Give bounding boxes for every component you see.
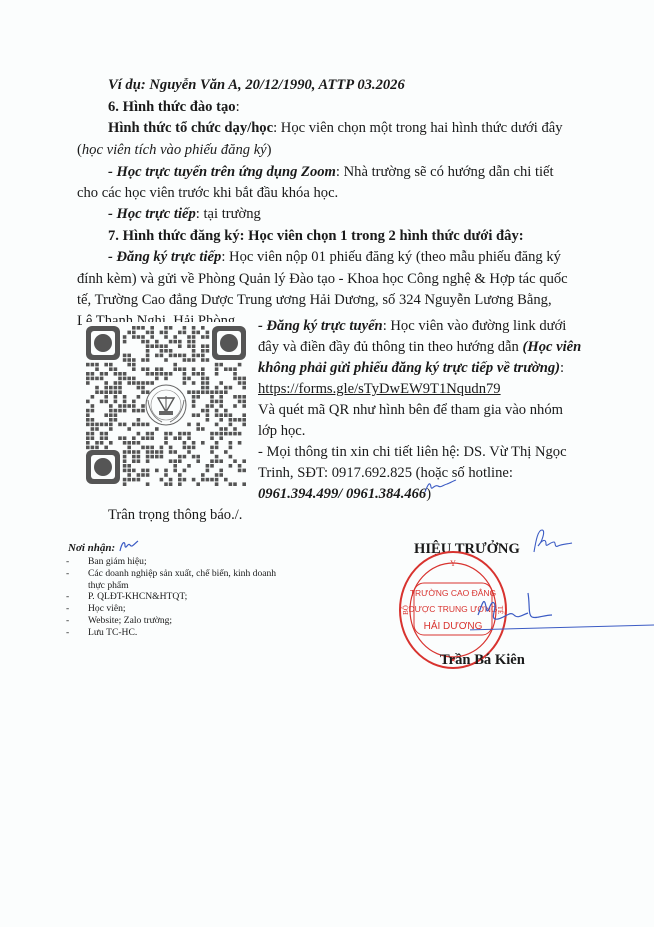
- online-registration-line: - Đăng ký trực tuyến: Học viên vào đường…: [258, 316, 566, 336]
- online-registration-text-2-plain: đây và điền đầy đủ thông tin theo hướng …: [258, 339, 522, 355]
- online-registration-text: : Học viên vào đường link dưới: [383, 318, 567, 334]
- recipient-text: P. QLĐT-KHCN&HTQT;: [88, 591, 187, 602]
- direct-registration-line: - Đăng ký trực tiếp: Học viên nộp 01 phi…: [108, 247, 561, 267]
- recipient-text: Ban giám hiệu;: [88, 556, 147, 567]
- bullet-dash: -: [66, 615, 69, 627]
- bullet-dash: -: [66, 627, 69, 639]
- recipient-item: -Website; Zalo trường;: [64, 615, 276, 627]
- bullet-dash: -: [66, 568, 69, 580]
- recipient-text: Lưu TC-HC.: [88, 627, 137, 638]
- online-registration-note-start: (Học viên: [522, 339, 581, 355]
- online-registration-colon: :: [560, 360, 564, 376]
- recipient-text: Các doanh nghiệp sản xuất, chế biến, kin…: [88, 568, 276, 579]
- section7-heading: 7. Hình thức đăng ký: Học viên chọn 1 tr…: [108, 226, 524, 246]
- recipient-item: -Học viên;: [64, 603, 276, 615]
- online-study-text-2: cho các học viên trước khi bắt đầu khóa …: [77, 183, 338, 203]
- direct-registration-text-3: tế, Trường Cao đẳng Dược Trung ương Hải …: [77, 290, 552, 310]
- signature-title-initials-icon: [528, 526, 574, 556]
- direct-registration-label: - Đăng ký trực tiếp: [108, 249, 221, 265]
- recipient-item: -Các doanh nghiệp sản xuất, chế biến, ki…: [64, 568, 276, 580]
- recipient-item: thực phẩm: [64, 580, 276, 592]
- paren-close: ): [267, 142, 272, 158]
- section6-heading-text: 6. Hình thức đào tạo: [108, 99, 236, 115]
- example-line: Ví dụ: Nguyễn Văn A, 20/12/1990, ATTP 03…: [108, 75, 405, 95]
- offline-study-text: : tại trường: [196, 206, 261, 222]
- online-study-text: : Nhà trường sẽ có hướng dẫn chi tiết: [336, 164, 554, 180]
- section6-heading-colon: :: [236, 99, 240, 115]
- bullet-dash: -: [66, 591, 69, 603]
- contact-line-3: 0961.394.499/ 0961.384.466): [258, 484, 431, 504]
- online-registration-label: - Đăng ký trực tuyến: [258, 318, 383, 334]
- org-form-label: Hình thức tổ chức dạy/học: [108, 120, 273, 136]
- recipient-item: -Ban giám hiệu;: [64, 556, 276, 568]
- offline-study-label: - Học trực tiếp: [108, 206, 196, 222]
- online-study-line: - Học trực tuyến trên ứng dụng Zoom: Nhà…: [108, 162, 554, 182]
- qr-finder-bottom-left: [86, 450, 120, 484]
- principal-signature-icon: [470, 585, 654, 635]
- qr-instruction-1: Và quét mã QR như hình bên để tham gia v…: [258, 400, 563, 420]
- principal-name: Trần Bá Kiên: [440, 650, 525, 670]
- online-registration-text-3: không phải gửi phiếu đăng ký trực tiếp v…: [258, 358, 564, 378]
- qr-instruction-2: lớp học.: [258, 421, 305, 441]
- direct-registration-text-2: đính kèm) và gửi về Phòng Quản lý Đào tạ…: [77, 269, 568, 289]
- bullet-dash: -: [66, 603, 69, 615]
- google-form-link[interactable]: https://forms.gle/sTyDwEW9T1Nqudn79: [258, 381, 501, 397]
- recipient-item: -Lưu TC-HC.: [64, 627, 276, 639]
- section6-heading: 6. Hình thức đào tạo:: [108, 97, 240, 117]
- org-form-line: Hình thức tổ chức dạy/học: Học viên chọn…: [108, 118, 563, 138]
- online-registration-text-2: đây và điền đầy đủ thông tin theo hướng …: [258, 337, 581, 357]
- qr-finder-top-left: [86, 326, 120, 360]
- recipient-text: Học viên;: [88, 603, 126, 614]
- document-page: Ví dụ: Nguyễn Văn A, 20/12/1990, ATTP 03…: [0, 0, 654, 927]
- contact-line-1: - Mọi thông tin xin chi tiết liên hệ: DS…: [258, 442, 567, 462]
- contact-line-2: Trinh, SĐT: 0917.692.825 (hoặc số hotlin…: [258, 463, 513, 483]
- initials-signature-icon: [422, 478, 458, 498]
- hotline-numbers: 0961.394.499/ 0961.384.466: [258, 486, 426, 502]
- qr-code[interactable]: [82, 322, 250, 488]
- closing-line: Trân trọng thông báo./.: [108, 505, 242, 525]
- recipient-text: thực phẩm: [88, 580, 129, 591]
- recipient-item: -P. QLĐT-KHCN&HTQT;: [64, 591, 276, 603]
- org-form-note-italic: học viên tích vào phiếu đăng ký: [82, 142, 267, 158]
- direct-registration-text: : Học viên nộp 01 phiếu đăng ký (theo mẫ…: [221, 249, 561, 265]
- recipients-title: Nơi nhận:: [68, 542, 115, 555]
- org-form-note: (học viên tích vào phiếu đăng ký): [77, 140, 272, 160]
- form-link[interactable]: https://forms.gle/sTyDwEW9T1Nqudn79: [258, 379, 501, 399]
- stamp-top-text: Y: [450, 559, 456, 568]
- recipients-list: -Ban giám hiệu;-Các doanh nghiệp sản xuấ…: [64, 556, 276, 639]
- online-study-label: - Học trực tuyến trên ứng dụng Zoom: [108, 164, 336, 180]
- qr-finder-top-right: [212, 326, 246, 360]
- school-logo-icon: [146, 385, 186, 425]
- recipients-initials-icon: [118, 538, 140, 554]
- offline-study-line: - Học trực tiếp: tại trường: [108, 204, 261, 224]
- org-form-text: : Học viên chọn một trong hai hình thức …: [273, 120, 562, 136]
- bullet-dash: -: [66, 556, 69, 568]
- recipient-text: Website; Zalo trường;: [88, 615, 172, 626]
- online-registration-note: không phải gửi phiếu đăng ký trực tiếp v…: [258, 360, 560, 376]
